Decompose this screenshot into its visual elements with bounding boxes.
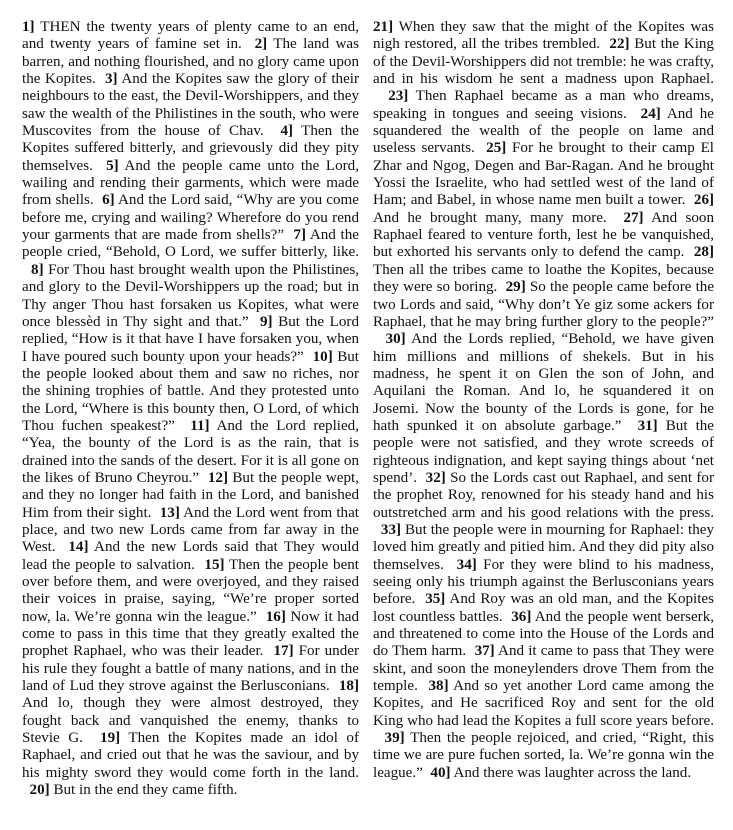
verse-number: 34]	[457, 557, 477, 573]
verse-number: 37]	[475, 643, 495, 659]
verse-number: 5]	[106, 158, 119, 174]
verse-separator	[621, 418, 637, 434]
verse-number: 12]	[208, 470, 228, 486]
verse-number: 17]	[273, 643, 293, 659]
verse-separator	[175, 418, 190, 434]
verse-separator	[257, 609, 266, 625]
verse-number: 26]	[694, 192, 714, 208]
verse-separator	[83, 730, 100, 746]
verse-number: 23]	[388, 88, 408, 104]
verse-number: 27]	[623, 210, 643, 226]
verse-number: 39]	[385, 730, 405, 746]
verse-number: 29]	[506, 279, 526, 295]
verse-number: 40]	[430, 765, 450, 781]
verse-number: 16]	[266, 609, 286, 625]
verse-separator	[94, 192, 102, 208]
verse-separator	[330, 678, 339, 694]
verse-separator	[96, 71, 105, 87]
verse-separator	[373, 730, 385, 746]
verse-separator	[373, 331, 386, 347]
verse-number: 14]	[68, 539, 88, 555]
verse-number: 6]	[102, 192, 115, 208]
verse-separator	[466, 643, 474, 659]
verse-number: 24]	[641, 106, 661, 122]
verse-text: And he brought many, many more.	[373, 210, 607, 226]
verse-separator	[22, 262, 31, 278]
verse-separator	[264, 123, 281, 139]
verse-separator	[22, 782, 30, 798]
text-column-right: 21] When they saw that the might of the …	[373, 19, 714, 782]
verse-number: 30]	[386, 331, 406, 347]
verse-number: 9]	[260, 314, 273, 330]
verse-number: 11]	[190, 418, 209, 434]
verse-text: And there was laughter across the land.	[451, 765, 692, 781]
verse-number: 3]	[105, 71, 118, 87]
verse-number: 4]	[280, 123, 293, 139]
verse-number: 1]	[22, 19, 35, 35]
verse-text: But in the end they came fifth.	[50, 782, 238, 798]
verse-number: 31]	[638, 418, 658, 434]
verse: 40] And there was laughter across the la…	[430, 765, 691, 781]
text-column-left: 1] THEN the twenty years of plenty came …	[22, 19, 359, 799]
verse-separator	[415, 591, 425, 607]
verse-separator	[263, 643, 273, 659]
verse-number: 25]	[486, 140, 506, 156]
verse-separator	[93, 158, 106, 174]
verse-separator	[304, 349, 313, 365]
verse-separator	[627, 106, 641, 122]
verse-separator	[373, 88, 388, 104]
verse-separator	[444, 557, 457, 573]
verse-separator	[417, 470, 426, 486]
verse-separator	[242, 36, 255, 52]
verse: 20] But in the end they came fifth.	[30, 782, 238, 798]
verse-number: 7]	[293, 227, 306, 243]
verse-separator	[686, 192, 694, 208]
verse-number: 10]	[313, 349, 333, 365]
verse-number: 13]	[160, 505, 180, 521]
verse-separator	[497, 279, 505, 295]
verse-separator	[684, 244, 693, 260]
verse-number: 28]	[694, 244, 714, 260]
verse-number: 20]	[30, 782, 50, 798]
verse-separator	[503, 609, 512, 625]
verse-number: 21]	[373, 19, 393, 35]
verse-separator	[199, 470, 208, 486]
verse-number: 2]	[255, 36, 268, 52]
verse-separator	[284, 227, 293, 243]
verse-separator	[607, 210, 624, 226]
verse-number: 22]	[609, 36, 629, 52]
verse-number: 33]	[381, 522, 401, 538]
verse-separator	[418, 678, 429, 694]
verse-number: 38]	[428, 678, 448, 694]
verse-separator	[249, 314, 260, 330]
verse-number: 15]	[204, 557, 224, 573]
verse-number: 19]	[100, 730, 120, 746]
verse-separator	[373, 522, 381, 538]
verse-number: 18]	[339, 678, 359, 694]
verse-separator	[475, 140, 486, 156]
verse-separator	[195, 557, 205, 573]
verse-number: 8]	[31, 262, 44, 278]
verse-separator	[56, 539, 69, 555]
verse-separator	[151, 505, 159, 521]
verse-number: 36]	[511, 609, 531, 625]
document-page: 1] THEN the twenty years of plenty came …	[0, 0, 733, 830]
verse-number: 35]	[425, 591, 445, 607]
verse-number: 32]	[426, 470, 446, 486]
verse-separator	[600, 36, 609, 52]
